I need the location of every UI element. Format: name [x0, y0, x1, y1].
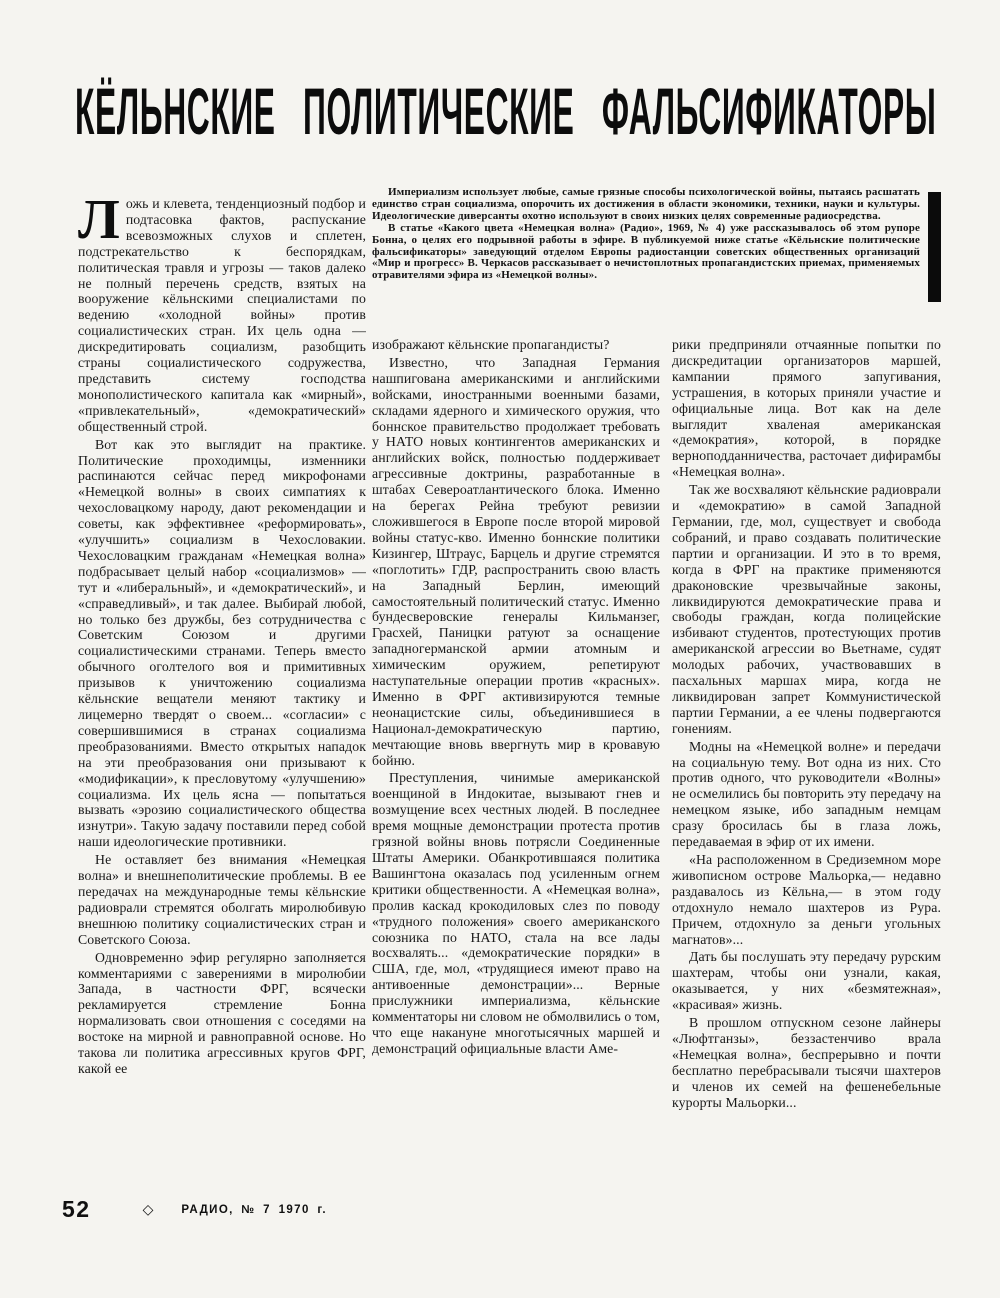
title-word-1: КЁЛЬНСКИЕ — [75, 80, 276, 146]
paragraph-text: ожь и клевета, тенденциозный подбор и по… — [78, 196, 366, 434]
paragraph: Дать бы послушать эту передачу рурским ш… — [672, 949, 941, 1013]
title-word-2: ПОЛИТИЧЕСКИЕ — [303, 80, 574, 146]
page-number: 52 — [62, 1196, 91, 1223]
lead-rule-bar — [928, 192, 941, 302]
article-title: КЁЛЬНСКИЕ ПОЛИТИЧЕСКИЕ ФАЛЬСИФИКАТОРЫ — [75, 80, 937, 142]
page-footer: 52 ◇ РАДИО, № 7 1970 г. — [62, 1196, 327, 1223]
lead-paragraph: Империализм использует любые, самые гряз… — [372, 187, 920, 223]
paragraph: Преступления, чинимые американской военщ… — [372, 770, 660, 1056]
dropcap-letter: Л — [78, 199, 120, 241]
column-1: Ложь и клевета, тенденциозный подбор и п… — [78, 196, 366, 1079]
lead-text: Империализм использует любые, самые гряз… — [372, 187, 920, 282]
paragraph: Так же восхваляют кёльнские радиоврали и… — [672, 482, 941, 737]
paragraph: изображают кёльнские пропагандисты? — [372, 337, 660, 353]
paragraph: В прошлом отпускном сезоне лайнеры «Люфт… — [672, 1015, 941, 1110]
paragraph: Модны на «Немецкой волне» и передачи на … — [672, 739, 941, 850]
paragraph: рики предприняли отчаянные попытки по ди… — [672, 337, 941, 480]
title-word-3: ФАЛЬСИФИКАТОРЫ — [602, 80, 937, 146]
magazine-page: КЁЛЬНСКИЕ ПОЛИТИЧЕСКИЕ ФАЛЬСИФИКАТОРЫ Им… — [0, 0, 1000, 1298]
paragraph: «На расположенном в Средиземном море жив… — [672, 852, 941, 947]
journal-issue-line: РАДИО, № 7 1970 г. — [181, 1204, 327, 1216]
article-lead: Империализм использует любые, самые гряз… — [372, 187, 942, 302]
diamond-icon: ◇ — [143, 1201, 154, 1218]
column-2: изображают кёльнские пропагандисты? Изве… — [372, 337, 660, 1059]
paragraph: Ложь и клевета, тенденциозный подбор и п… — [78, 196, 366, 435]
paragraph: Известно, что Западная Германия нашпигов… — [372, 355, 660, 769]
paragraph: Вот как это выглядит на практике. Полити… — [78, 437, 366, 851]
column-3: рики предприняли отчаянные попытки по ди… — [672, 337, 941, 1113]
paragraph: Не оставляет без внимания «Немецкая волн… — [78, 852, 366, 947]
paragraph: Одновременно эфир регулярно заполняется … — [78, 950, 366, 1077]
lead-paragraph: В статье «Какого цвета «Немецкая волна» … — [372, 223, 920, 283]
